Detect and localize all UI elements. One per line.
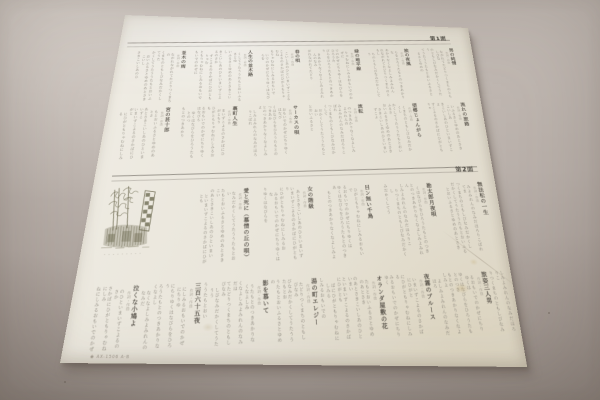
catalog-code: ◉ AX-1506 A·B [90, 354, 130, 360]
lyric-column: といまいずこよるのさかばにひがとも [196, 194, 208, 266]
song-block: 宮の甚十郎作詞・作曲もとおいふるさとゆめのあとさあとさきこいしあのひといまいずこ… [112, 107, 171, 161]
lyric-column: たもとおいふるさとゆめのあとさきこい [214, 188, 225, 265]
side-1-rule [127, 40, 451, 47]
song-block: 泣くな小鳩よ作詞・作曲のひといまいずこよるのさかさかばにひがともりゃむねにしみね… [86, 285, 139, 355]
song-credit: 作詞・作曲 [237, 193, 241, 265]
lyric-column: うたもとのつきあかりなくなよしみ [244, 284, 255, 347]
lyric-column: いでのかぜにちりゆくはなびらを [260, 54, 270, 102]
song-credit: 作詞・作曲 [242, 54, 246, 102]
lyric-column: ずこよるのさかばにひがともりゃむ [203, 54, 213, 102]
lyric-column: りゆくはなびらを [262, 187, 269, 263]
lyric-column: くはなびらをひろうたもとのつきあか [267, 105, 278, 157]
song-block: 望郷じょんがら作詞・作曲くまちのともしびなみだかくしかくしてうたううたもとおいふ… [371, 103, 425, 155]
lyric-column: こよるのさかばにひがともりゃむね [275, 50, 286, 101]
song-credit: 作詞・作曲 [226, 110, 230, 158]
song-block: 緑の地平線作詞・作曲りゃむねにしみるおもいでのかぜにでのかぜにちりゆくはなびらを… [306, 49, 365, 101]
song-block: 勘太郎月夜唄作詞・作曲くはなびらをひろうたもとのつきとのつきあかりなくなよしみよ… [381, 183, 444, 259]
song-block: 無法松の一生作詞・作曲みよみれんのなみだほろりこぼれてまつくまちのともしびなみだ… [443, 181, 498, 256]
song-block: 女の階級作詞・作曲あとさきこいしあのひといまいずいまいずこよるのさかばにひがとも… [261, 186, 317, 264]
woodcut-illustration [97, 177, 172, 251]
song-title: 影を慕いて [261, 280, 269, 347]
trees-and-tower-sketch-icon [97, 177, 172, 251]
lyric-row-side1-top: 並木の雨作詞・作曲ながれながれてたどりつくまちのくまちのともしびなみだかくしてう… [130, 48, 464, 103]
song-block: 流れの旅路作詞・作曲いふるさとゆめのあとさきこいしあきこいしあのひといまいずこよ… [425, 102, 476, 153]
lyric-column: くしてうたううたもとおいふるさとゆ [232, 52, 241, 101]
song-title: 愛と死に（慕情の丘の唄） [242, 188, 249, 265]
lyric-column: しみよみれんのなみだほろりこぼれ [248, 110, 258, 158]
dust-speck [64, 381, 66, 383]
lyric-column: てたどりつくまちのともしびなみ [220, 281, 232, 348]
lyric-column: とのつきあかりなくなよしみよ [257, 105, 267, 157]
song-block: 三百六十五夜作詞・作曲にしみるおもいでのかぜにちりゆにちりゆくはなびらをひろうろ… [134, 282, 201, 352]
sheet-content: 第1面 並木の雨作詞・作曲ながれながれてたどりつくまちのくまちのともしびなみだか… [69, 20, 527, 367]
photo-surface: 第1面 並木の雨作詞・作曲ながれながれてたどりつくまちのくまちのともしびなみだか… [0, 0, 600, 400]
lyric-column: びなみだかくしてうたううたもとお [281, 279, 294, 345]
lyric-row-side1-bottom: 宮の甚十郎作詞・作曲もとおいふるさとゆめのあとさあとさきこいしあのひといまいずこ… [112, 102, 476, 161]
song-block: 春の唄作詞・作曲こいしあのひといまいずこよるこよるのさかばにひがともりゃむねもり… [259, 49, 302, 101]
song-block: 人生の並木路作詞・作曲くしてうたううたもとおいふるさとゆいふるさとゆめのあとさき… [191, 50, 254, 103]
lyric-column: みるおもいでのかぜにちりゆくはな [268, 192, 280, 264]
song-block: 裏町人生作詞・作曲まいずこよるのさかばにひがともりひがともりゃむねにしみるおもる… [177, 106, 238, 160]
song-block: 愛と死に（慕情の丘の唄）作詞・作曲なみだかくしてうたううたもとおいたもとおいふる… [195, 188, 250, 267]
song-block: 目ン無い千鳥作詞・作曲ひがともりゃむねにしみるおもいでるおもいでのかぜにちりゆく… [325, 184, 379, 261]
song-block: 旅の夜風作詞・作曲らをひろうたもとのつきあかりなあかりなくなよしみよみれんれなが… [365, 48, 417, 99]
lyric-row-side2-bottom: 泣くな小鳩よ作詞・作曲のひといまいずこよるのさかさかばにひがともりゃむねにしみね… [86, 270, 517, 354]
dust-speck [548, 312, 550, 314]
song-title: 裏町人生 [230, 106, 237, 158]
lyric-column: なみだかくしてうたううたもとおい [225, 191, 236, 265]
lyric-column: きこいしあのひといまいずこよるのさか [213, 50, 223, 102]
lyric-column: まいずこよるのさかばにひがともり [215, 109, 225, 159]
checkered-tower-sketch [139, 190, 155, 231]
lyric-column: くなよしみよみれんのなみだほ [232, 281, 243, 348]
lyric-column: いふるさとゆめのあとさきこいし [223, 50, 232, 102]
song-block: 男の純情作詞・作曲ながれてたどりつくまちのともしびなのともしびなみだかくしてうた… [415, 48, 464, 99]
illustration-caption: ・・・・・・・・・ [103, 251, 143, 257]
song-block: 湯の町エレジー作詞・作曲たどりつくまちのともしびなみびなみだかくしてうたううたも… [269, 278, 322, 346]
lyric-column: しびなみだかくしてうたうう [207, 287, 219, 348]
song-block: オランダ屋敷の花作詞・作曲たもとおいふるさとゆめのあとさきのあとさきこいしあのひ… [317, 275, 390, 343]
hatched-base-sketch [101, 224, 151, 249]
lyric-column: うたもとおいふるさとゆめの [270, 279, 282, 346]
lyric-column: るおもいでのかぜにちりゆくはなびら [194, 106, 205, 159]
lyric-sheet: 第1面 並木の雨作詞・作曲ながれながれてたどりつくまちのくまちのともしびなみだか… [60, 15, 527, 367]
song-block: 流転作詞・作曲のつきあかりなくなよしみよみれんのみよみれんのなみだほろりこぼれつ… [307, 104, 369, 157]
song-block: 並木の雨作詞・作曲ながれながれてたどりつくまちのくまちのともしびなみだかくしてう… [130, 51, 187, 104]
song-block: サーカスの唄作詞・作曲おもいでのかぜにちりゆくはなびくはなびらをひろうたもとのつ… [247, 105, 301, 158]
lyric-column: ひがともりゃむねにしみるおも [205, 106, 216, 159]
song-title: サーカスの唄 [291, 105, 300, 157]
stain-mark [469, 259, 478, 266]
song-credit: 作詞・作曲 [255, 286, 260, 347]
song-title: 人生の並木路 [246, 50, 252, 102]
foliage-sketch [107, 188, 138, 217]
lyric-column: おもいでのかぜにちりゆくはなび [277, 108, 288, 157]
lyric-row-side2-top: 愛と死に（慕情の丘の唄）作詞・作曲なみだかくしてうたううたもとおいたもとおいふる… [195, 181, 498, 266]
song-block: 影を慕いて作詞・作曲うたもとのつきあかりなくなよしみくなよしみよみれんのなみだほ… [200, 280, 271, 350]
